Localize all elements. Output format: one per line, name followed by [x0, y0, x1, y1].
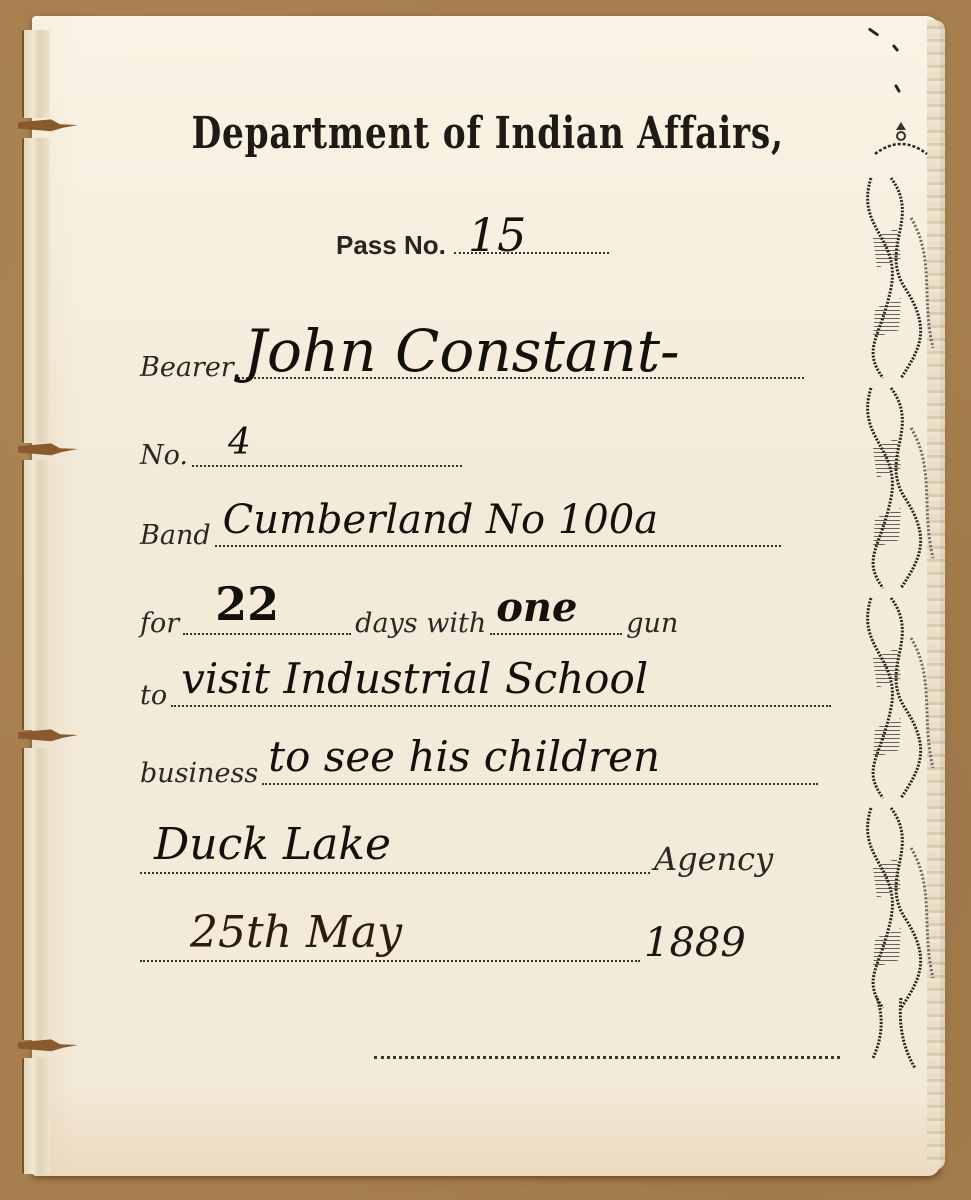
destination-row: to visit Industrial School: [140, 680, 835, 713]
business-label: business: [140, 758, 258, 791]
signature-line: [374, 1056, 840, 1059]
date-row: 25th May 1889: [140, 920, 746, 968]
weapon-count-value: one: [496, 584, 577, 631]
band-label: Band: [140, 520, 211, 553]
pass-number-value: 15: [468, 208, 527, 262]
band-row: Band Cumberland No 100a: [140, 520, 785, 553]
bearer-label: Bearer: [140, 352, 234, 385]
weapon-count-field: one: [490, 623, 622, 635]
ribbon-border-icon: [861, 118, 941, 1078]
destination-value: visit Industrial School: [181, 654, 648, 703]
binding-edge-segment: [22, 138, 50, 443]
binding-edge-segment: [22, 1058, 50, 1174]
agency-value: Duck Lake: [154, 819, 391, 870]
agency-row: Duck Lake Agency: [140, 840, 773, 880]
number-value: 4: [228, 422, 251, 463]
pass-number-row: Pass No. 15: [336, 228, 609, 261]
bearer-field: John Constant-: [238, 367, 804, 379]
business-field: to see his children: [262, 773, 818, 785]
pass-number-field: 15: [454, 228, 609, 254]
agency-label: Agency: [654, 840, 773, 880]
gun-label: gun: [626, 608, 678, 641]
duration-row: for 22 days with one gun: [140, 608, 678, 641]
pass-document: [32, 16, 940, 1176]
pass-label: Pass No.: [336, 230, 446, 261]
to-label: to: [140, 680, 167, 713]
bearer-value: John Constant-: [244, 317, 680, 385]
days-with-label: days with: [355, 608, 486, 641]
days-value: 22: [215, 577, 279, 631]
date-value: 25th May: [190, 907, 402, 958]
date-field: 25th May: [140, 950, 640, 962]
binding-edge-segment: [22, 748, 50, 1040]
band-value: Cumberland No 100a: [223, 497, 658, 543]
agency-field: Duck Lake: [140, 862, 650, 874]
binding-edge-segment: [22, 30, 50, 118]
business-row: business to see his children: [140, 758, 822, 791]
binding-edge-segment: [22, 460, 50, 730]
destination-field: visit Industrial School: [171, 695, 831, 707]
bearer-row: Bearer John Constant-: [140, 352, 808, 385]
number-label: No.: [140, 440, 188, 473]
band-field: Cumberland No 100a: [215, 535, 781, 547]
business-value: to see his children: [268, 732, 660, 781]
date-year: 1889: [644, 920, 746, 968]
for-label: for: [140, 608, 179, 641]
number-field: 4: [192, 455, 462, 467]
document-header: Department of Indian Affairs,: [109, 108, 866, 159]
days-field: 22: [183, 623, 351, 635]
number-row: No. 4: [140, 440, 466, 473]
